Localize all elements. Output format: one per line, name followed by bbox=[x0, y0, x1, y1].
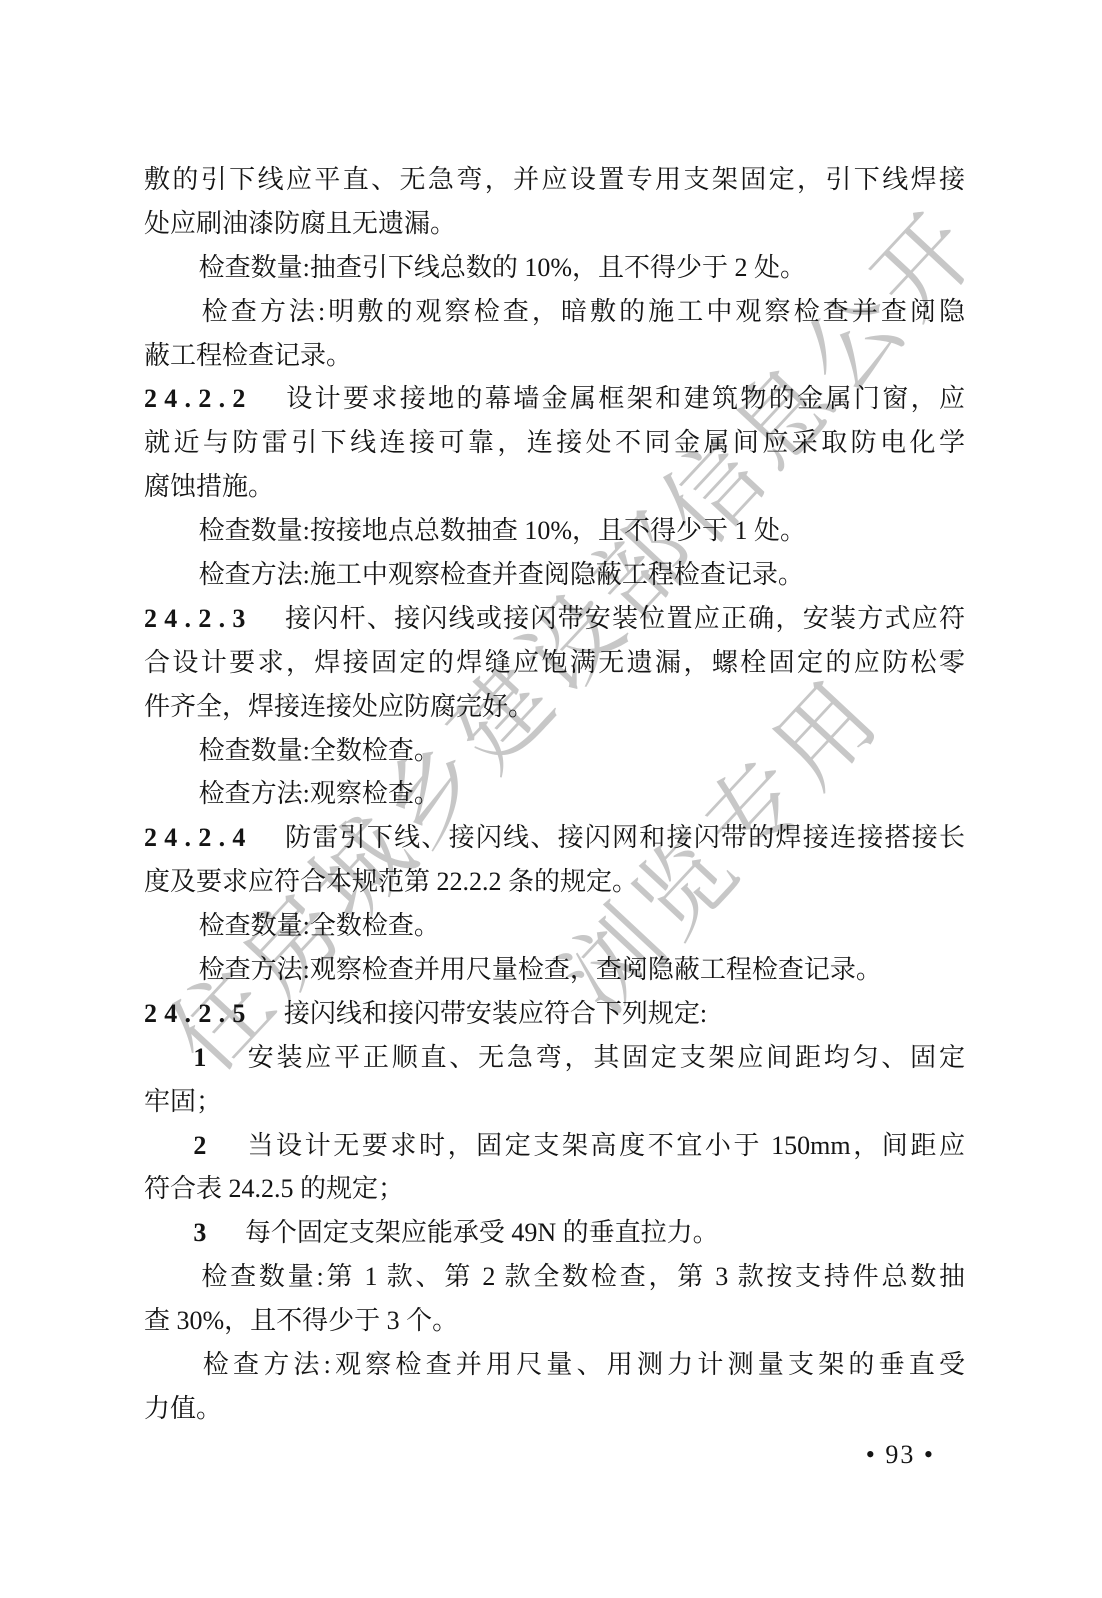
number-gap bbox=[214, 1065, 245, 1066]
list-item-paragraph: 1安装应平正顺直、无急弯，其固定支架应间距均匀、固定牢固； bbox=[144, 1036, 965, 1124]
text-line: 就近与防雷引下线连接可靠，连接处不同金属间应采取防电化学 bbox=[144, 421, 965, 465]
indent-spacer bbox=[144, 977, 199, 978]
paragraph: 检查方法:观察检查并用尺量检查，查阅隐蔽工程检查记录。 bbox=[144, 948, 965, 992]
indent-spacer bbox=[144, 1372, 199, 1373]
indent-spacer bbox=[144, 758, 199, 759]
clause-paragraph: 24.2.2设计要求接地的幕墙金属框架和建筑物的金属门窗，应就近与防雷引下线连接… bbox=[144, 377, 965, 509]
indent-spacer bbox=[144, 275, 199, 276]
clause-paragraph: 24.2.4防雷引下线、接闪线、接闪网和接闪带的焊接连接搭接长度及要求应符合本规… bbox=[144, 816, 965, 904]
item-spacer bbox=[144, 1065, 193, 1066]
text-line: 检查方法:施工中观察检查并查阅隐蔽工程检查记录。 bbox=[144, 553, 965, 597]
indent-spacer bbox=[144, 801, 199, 802]
clause-number: 24.2.5 bbox=[144, 999, 253, 1028]
clause-number: 24.2.4 bbox=[144, 823, 253, 852]
paragraph: 检查方法:施工中观察检查并查阅隐蔽工程检查记录。 bbox=[144, 553, 965, 597]
paragraph: 检查数量:第 1 款、第 2 款全数检查，第 3 款按支持件总数抽查 30%，且… bbox=[144, 1255, 965, 1343]
text-line: 查 30%，且不得少于 3 个。 bbox=[144, 1299, 965, 1343]
indent-spacer bbox=[144, 582, 199, 583]
document-body: 敷的引下线应平直、无急弯，并应设置专用支架固定，引下线焊接处应刷油漆防腐且无遗漏… bbox=[144, 158, 965, 1431]
text-line: 检查数量:抽查引下线总数的 10%，且不得少于 2 处。 bbox=[144, 246, 965, 290]
text-line: 敷的引下线应平直、无急弯，并应设置专用支架固定，引下线焊接 bbox=[144, 158, 965, 202]
text-line: 检查数量:全数检查。 bbox=[144, 729, 965, 773]
indent-spacer bbox=[144, 933, 199, 934]
text-line: 合设计要求，焊接固定的焊缝应饱满无遗漏，螺栓固定的应防松零 bbox=[144, 641, 965, 685]
indent-spacer bbox=[144, 1284, 199, 1285]
text-line: 处应刷油漆防腐且无遗漏。 bbox=[144, 202, 965, 246]
text-line: 24.2.3接闪杆、接闪线或接闪带安装位置应正确，安装方式应符 bbox=[144, 597, 965, 641]
text-line: 符合表 24.2.5 的规定； bbox=[144, 1167, 965, 1211]
number-gap bbox=[214, 1153, 245, 1154]
text-line: 件齐全，焊接连接处应防腐完好。 bbox=[144, 685, 965, 729]
clause-number: 24.2.2 bbox=[144, 384, 253, 413]
paragraph: 检查数量:按接地点总数抽查 10%，且不得少于 1 处。 bbox=[144, 509, 965, 553]
clause-paragraph: 24.2.3接闪杆、接闪线或接闪带安装位置应正确，安装方式应符合设计要求，焊接固… bbox=[144, 597, 965, 729]
item-number: 1 bbox=[193, 1043, 213, 1072]
text-line: 检查数量:全数检查。 bbox=[144, 904, 965, 948]
item-number: 2 bbox=[193, 1131, 213, 1160]
number-gap bbox=[253, 406, 284, 407]
document-page: 住房城乡建设部信息公开 浏览专用 敷的引下线应平直、无急弯，并应设置专用支架固定… bbox=[0, 0, 1102, 1598]
text-line: 24.2.5接闪线和接闪带安装应符合下列规定: bbox=[144, 992, 965, 1036]
clause-paragraph: 24.2.5接闪线和接闪带安装应符合下列规定: bbox=[144, 992, 965, 1036]
text-line: 蔽工程检查记录。 bbox=[144, 334, 965, 378]
text-line: 检查方法:观察检查并用尺量、用测力计测量支架的垂直受 bbox=[144, 1343, 965, 1387]
number-gap bbox=[253, 845, 284, 846]
number-gap bbox=[214, 1240, 245, 1241]
paragraph: 检查数量:全数检查。 bbox=[144, 729, 965, 773]
paragraph: 检查数量:抽查引下线总数的 10%，且不得少于 2 处。 bbox=[144, 246, 965, 290]
indent-spacer bbox=[144, 319, 199, 320]
text-line: 24.2.4防雷引下线、接闪线、接闪网和接闪带的焊接连接搭接长 bbox=[144, 816, 965, 860]
page-number: • 93 • bbox=[866, 1437, 935, 1473]
text-line: 检查数量:第 1 款、第 2 款全数检查，第 3 款按支持件总数抽 bbox=[144, 1255, 965, 1299]
text-line: 2当设计无要求时，固定支架高度不宜小于 150mm，间距应 bbox=[144, 1124, 965, 1168]
text-line: 牢固； bbox=[144, 1080, 965, 1124]
item-number: 3 bbox=[193, 1218, 213, 1247]
clause-number: 24.2.3 bbox=[144, 604, 253, 633]
paragraph: 检查数量:全数检查。 bbox=[144, 904, 965, 948]
text-line: 检查数量:按接地点总数抽查 10%，且不得少于 1 处。 bbox=[144, 509, 965, 553]
text-line: 检查方法:观察检查。 bbox=[144, 772, 965, 816]
number-gap bbox=[253, 626, 284, 627]
text-line: 3每个固定支架应能承受 49N 的垂直拉力。 bbox=[144, 1211, 965, 1255]
item-spacer bbox=[144, 1240, 193, 1241]
text-line: 力值。 bbox=[144, 1387, 965, 1431]
text-line: 度及要求应符合本规范第 22.2.2 条的规定。 bbox=[144, 860, 965, 904]
text-line: 腐蚀措施。 bbox=[144, 465, 965, 509]
text-line: 检查方法:观察检查并用尺量检查，查阅隐蔽工程检查记录。 bbox=[144, 948, 965, 992]
text-line: 24.2.2设计要求接地的幕墙金属框架和建筑物的金属门窗，应 bbox=[144, 377, 965, 421]
paragraph: 检查方法:明敷的观察检查，暗敷的施工中观察检查并查阅隐蔽工程检查记录。 bbox=[144, 290, 965, 378]
text-line: 检查方法:明敷的观察检查，暗敷的施工中观察检查并查阅隐 bbox=[144, 290, 965, 334]
item-spacer bbox=[144, 1153, 193, 1154]
text-line: 1安装应平正顺直、无急弯，其固定支架应间距均匀、固定 bbox=[144, 1036, 965, 1080]
paragraph: 检查方法:观察检查。 bbox=[144, 772, 965, 816]
list-item-paragraph: 2当设计无要求时，固定支架高度不宜小于 150mm，间距应符合表 24.2.5 … bbox=[144, 1124, 965, 1212]
list-item-paragraph: 3每个固定支架应能承受 49N 的垂直拉力。 bbox=[144, 1211, 965, 1255]
number-gap bbox=[253, 1021, 284, 1022]
paragraph: 敷的引下线应平直、无急弯，并应设置专用支架固定，引下线焊接处应刷油漆防腐且无遗漏… bbox=[144, 158, 965, 246]
paragraph: 检查方法:观察检查并用尺量、用测力计测量支架的垂直受力值。 bbox=[144, 1343, 965, 1431]
indent-spacer bbox=[144, 538, 199, 539]
